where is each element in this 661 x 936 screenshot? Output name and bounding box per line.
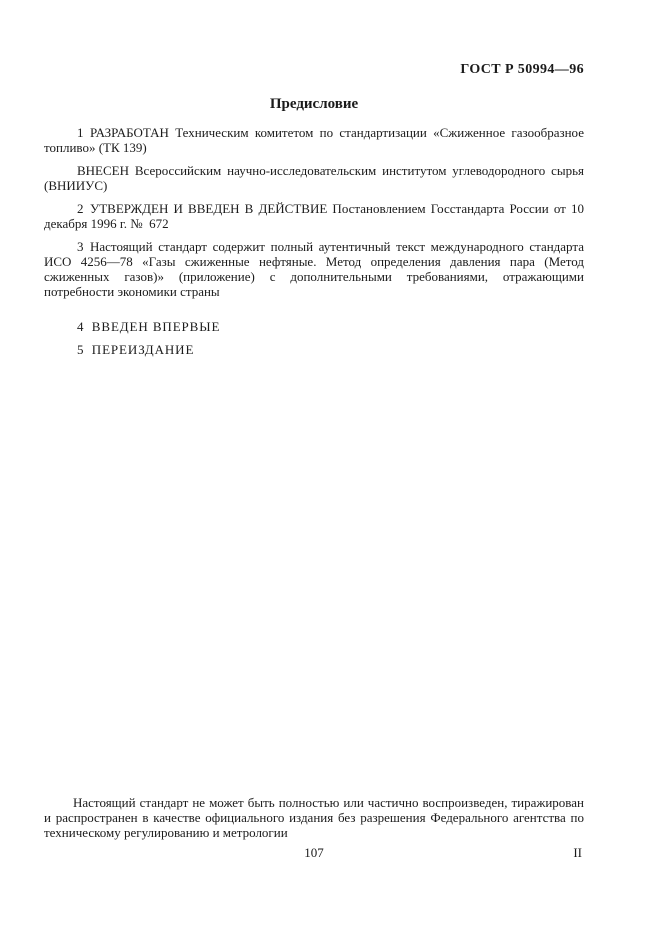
foreword-item-reissue: 5 ПЕРЕИЗДАНИЕ [44, 342, 584, 357]
sheet-number: II [573, 845, 582, 860]
foreword-item-developed: 1 РАЗРАБОТАН Техническим комитетом по ст… [44, 125, 584, 155]
page-footer: Настоящий стандарт не может быть полност… [44, 795, 584, 860]
copyright-note: Настоящий стандарт не может быть полност… [44, 795, 584, 840]
page-content: ГОСТ Р 50994—96 Предисловие 1 РАЗРАБОТАН… [44, 0, 584, 357]
page-title: Предисловие [44, 95, 584, 113]
page-number: 107 [304, 845, 324, 860]
standard-code: ГОСТ Р 50994—96 [44, 62, 584, 78]
page-number-row: 107 II [44, 845, 584, 860]
foreword-item-approved: 2 УТВЕРЖДЕН И ВВЕДЕН В ДЕЙСТВИЕ Постанов… [44, 201, 584, 231]
foreword-item-submitted: ВНЕСЕН Всероссийским научно-исследовател… [44, 163, 584, 193]
foreword-item-first-edition: 4 ВВЕДЕН ВПЕРВЫЕ [44, 319, 584, 334]
foreword-item-contents: 3 Настоящий стандарт содержит полный аут… [44, 239, 584, 299]
document-page: ГОСТ Р 50994—96 Предисловие 1 РАЗРАБОТАН… [0, 0, 661, 936]
